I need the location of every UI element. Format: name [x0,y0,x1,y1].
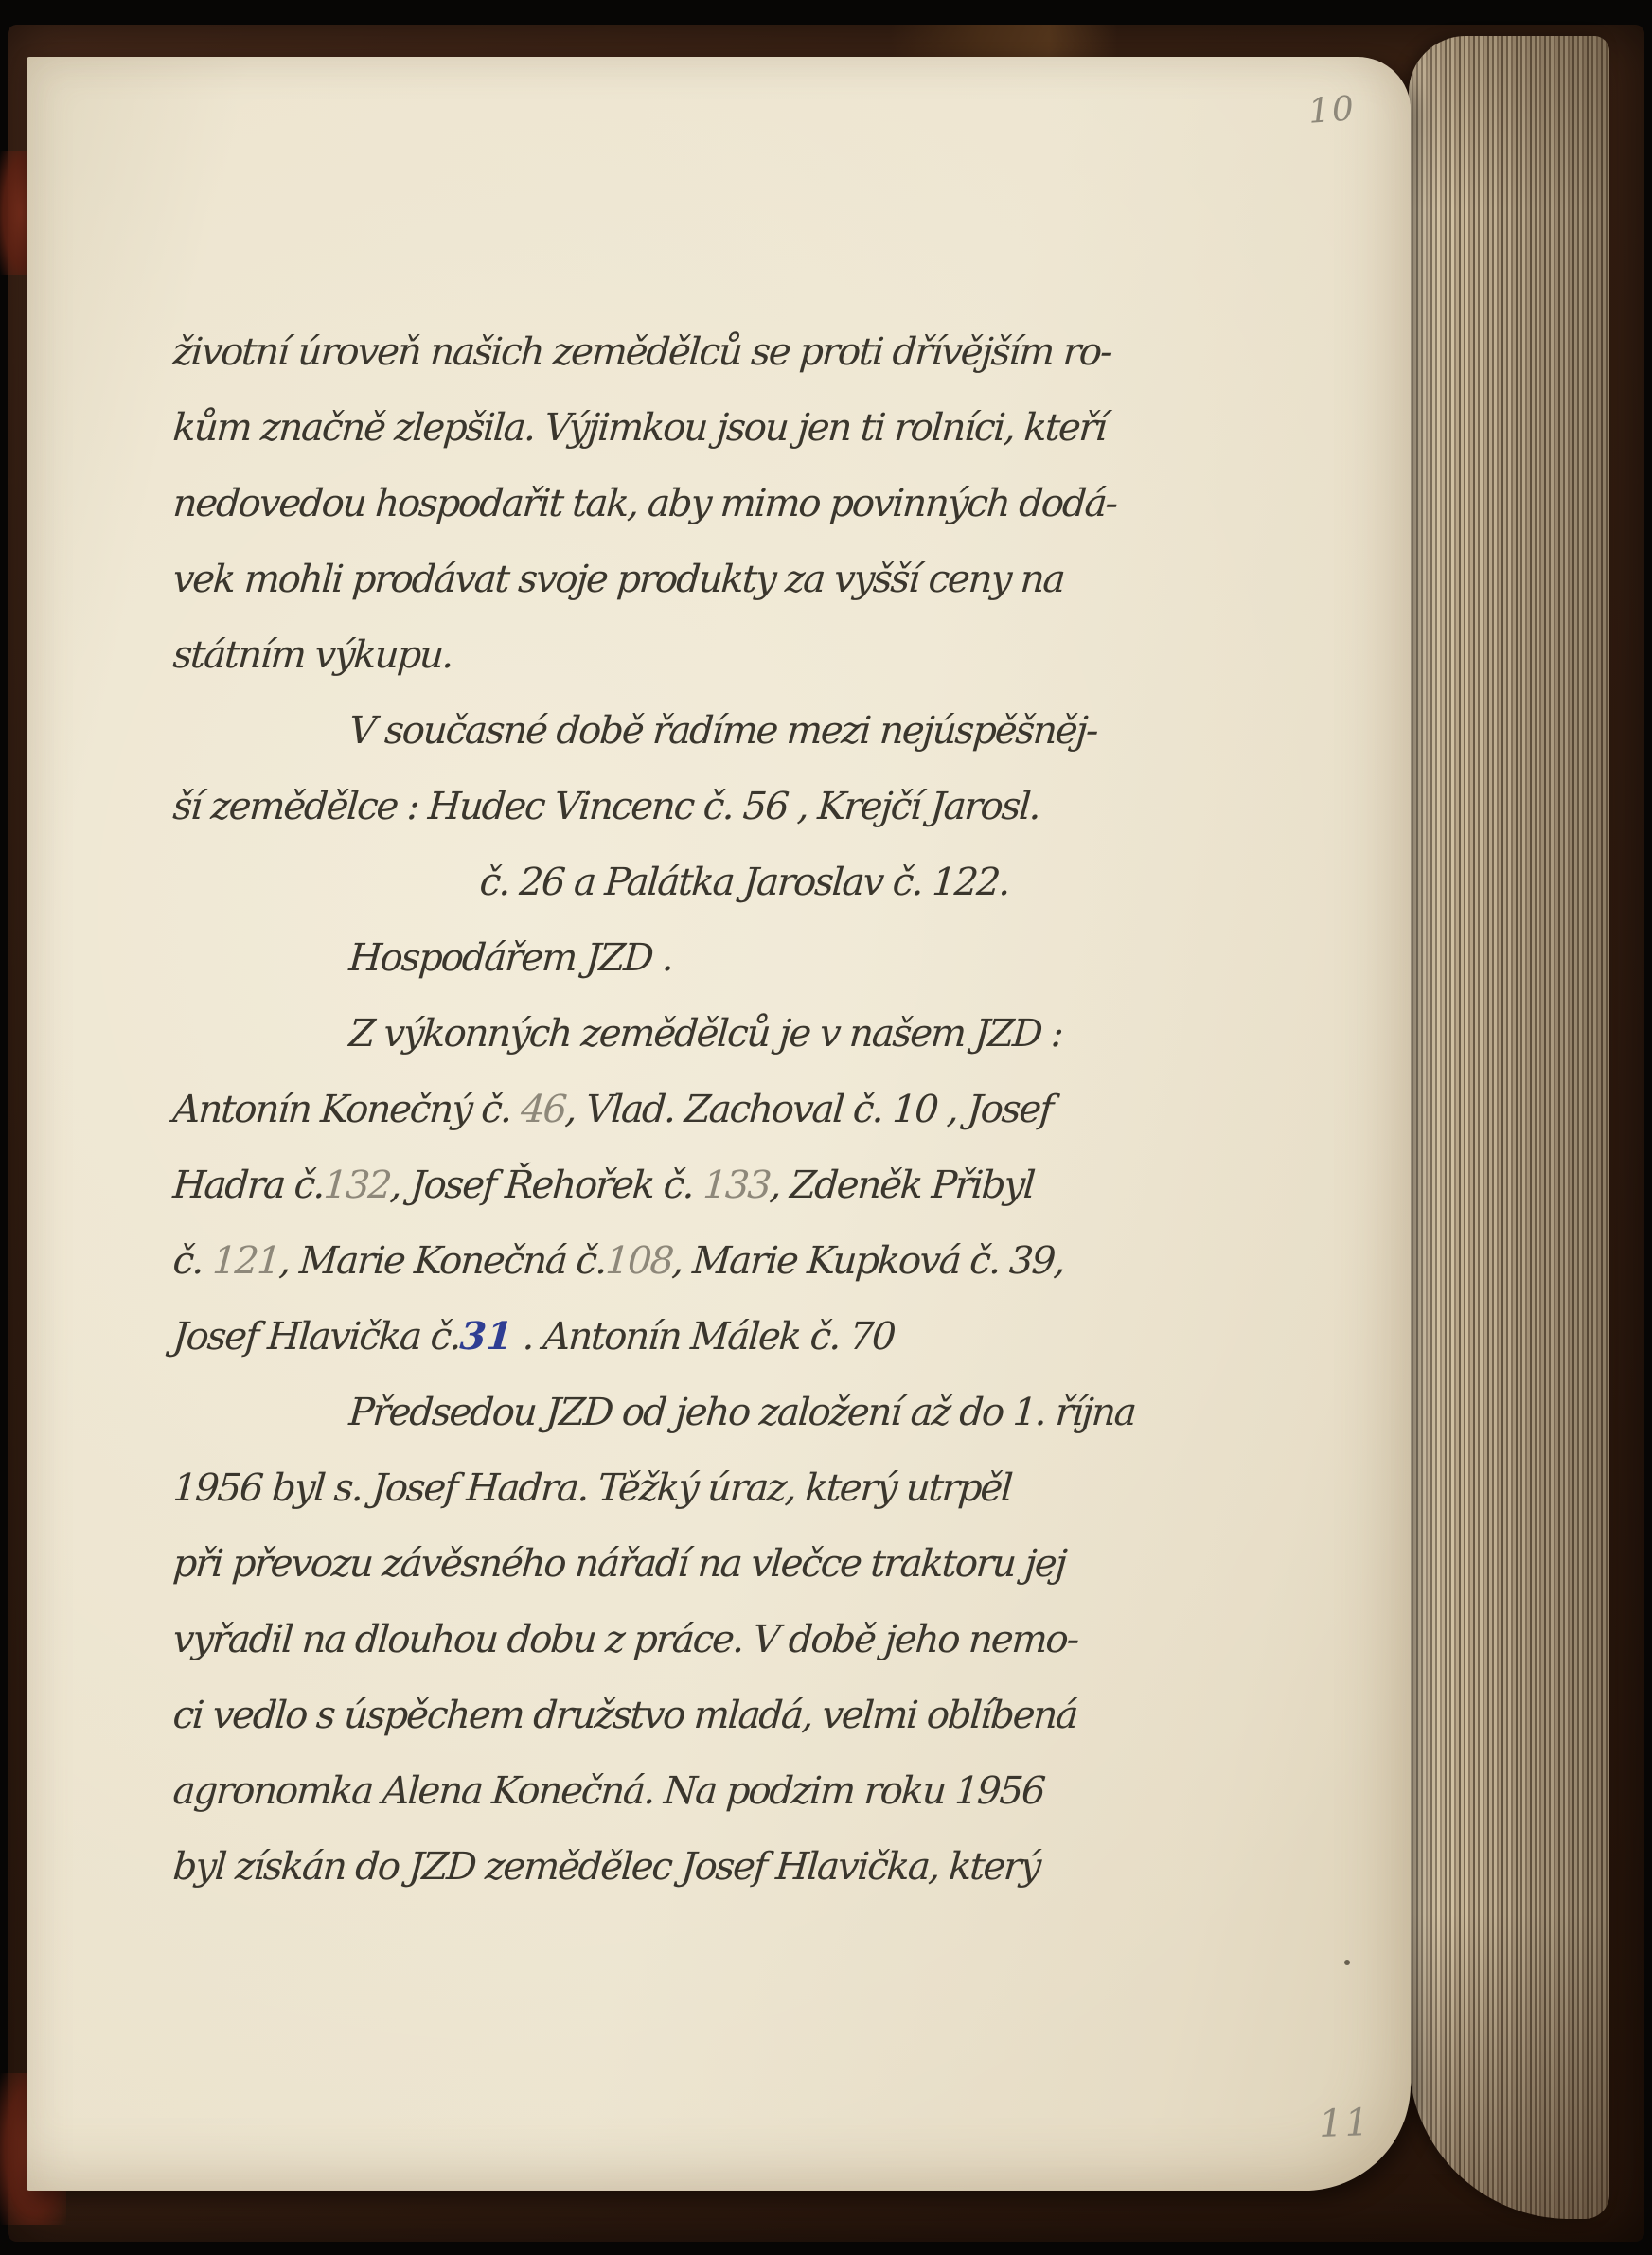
text-line: byl získán do JZD zemědělec Josef Hlavič… [170,1829,1208,1905]
text-line: kům značně zlepšila. Výjimkou jsou jen t… [170,390,1208,466]
pencil-number: 132 [322,1163,392,1207]
pencil-number: 46 [520,1088,567,1131]
ink-text: Z výkonných zemědělců je v našem JZD : [347,1012,1063,1056]
ink-text: životní úroveň našich zemědělců se proti… [171,330,1112,374]
pencil-number: 108 [604,1239,674,1283]
ink-text: Předsedou JZD od jeho založení až do 1. … [347,1391,1136,1434]
ink-text: , Marie Kupková č. 39, [670,1239,1065,1283]
text-line: ci vedlo s úspěchem družstvo mladá, velm… [170,1678,1208,1753]
text-line: státním výkupu. [170,617,1208,693]
ink-text: č. [171,1239,214,1283]
page-number-bottom: 11 [1318,2101,1371,2146]
text-line: Hospodářem JZD . [170,920,1208,996]
ink-text: , Vlad. Zachoval č. 10 , Josef [564,1088,1054,1131]
text-line: Hadra č.132, Josef Řehořek č. 133, Zdeně… [170,1147,1208,1223]
ink-text: , Zdeněk Přibyl [769,1163,1036,1207]
pencil-number: 133 [702,1163,772,1207]
pencil-number: 121 [211,1239,281,1283]
ink-text: Antonín Konečný č. [171,1088,523,1131]
blue-ink-number: 31 [458,1314,514,1358]
chronicle-page: 10 životní úroveň našich zemědělců se pr… [27,57,1411,2191]
ink-text: Josef Hlavička č. [171,1315,461,1358]
text-line: Z výkonných zemědělců je v našem JZD : [170,996,1208,1072]
ink-text: byl získán do JZD zemědělec Josef Hlavič… [171,1845,1040,1889]
ink-text: Hadra č. [171,1163,325,1207]
text-line: V současné době řadíme mezi nejúspěšněj- [170,693,1208,769]
ink-text: 1956 byl s. Josef Hadra. Těžký úraz, kte… [171,1466,1013,1510]
page-number-top: 10 [1307,89,1358,131]
text-line: životní úroveň našich zemědělců se proti… [170,314,1208,390]
handwritten-text-block: životní úroveň našich zemědělců se proti… [170,314,1202,1905]
text-line: agronomka Alena Konečná. Na podzim roku … [170,1753,1208,1829]
ink-text: č. 26 a Palátka Jaroslav č. 122. [478,861,1010,904]
ink-text: při převozu závěsného nářadí na vlečce t… [171,1542,1067,1586]
ink-text: nedovedou hospodařit tak, aby mimo povin… [171,482,1118,525]
text-line: vek mohli prodávat svoje produkty za vyš… [170,542,1208,617]
ink-text: . Antonín Málek č. 70 [511,1315,896,1358]
ink-text: V současné době řadíme mezi nejúspěšněj- [347,709,1098,753]
text-line: Antonín Konečný č. 46, Vlad. Zachoval č.… [170,1072,1208,1147]
ink-text: ci vedlo s úspěchem družstvo mladá, velm… [171,1694,1078,1737]
ink-text: Hospodářem JZD . [347,936,674,980]
text-line: vyřadil na dlouhou dobu z práce. V době … [170,1602,1208,1678]
text-line: č. 26 a Palátka Jaroslav č. 122. [170,844,1208,920]
text-line: nedovedou hospodařit tak, aby mimo povin… [170,466,1208,542]
text-line: Josef Hlavička č.31 . Antonín Málek č. 7… [170,1299,1208,1375]
text-line: při převozu závěsného nářadí na vlečce t… [170,1526,1208,1602]
ink-text: vek mohli prodávat svoje produkty za vyš… [171,558,1065,601]
ink-text: , Josef Řehořek č. [389,1163,705,1207]
paper-speck [1344,1960,1350,1965]
book-photo: 10 životní úroveň našich zemědělců se pr… [0,0,1652,2255]
ink-text: agronomka Alena Konečná. Na podzim roku … [171,1769,1045,1813]
ink-text: vyřadil na dlouhou dobu z práce. V době … [171,1618,1079,1661]
ink-text: státním výkupu. [171,633,453,677]
ink-text: ší zemědělce : Hudec Vincenc č. 56 , Kre… [171,785,1040,828]
page-stack-fore-edge [1409,36,1609,2219]
text-line: 1956 byl s. Josef Hadra. Těžký úraz, kte… [170,1450,1208,1526]
ink-text: , Marie Konečná č. [277,1239,607,1283]
ink-text: kům značně zlepšila. Výjimkou jsou jen t… [171,406,1107,450]
text-line: Předsedou JZD od jeho založení až do 1. … [170,1375,1208,1450]
text-line: č. 121, Marie Konečná č.108, Marie Kupko… [170,1223,1208,1299]
text-line: ší zemědělce : Hudec Vincenc č. 56 , Kre… [170,769,1208,844]
